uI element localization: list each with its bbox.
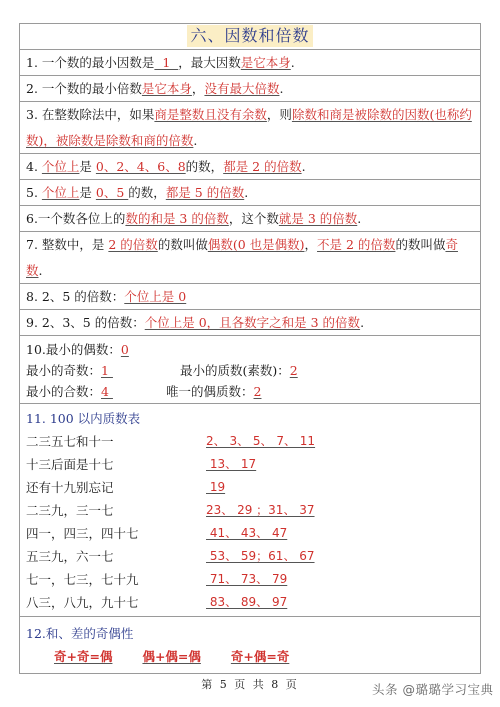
answer: 都是 5 的倍数	[166, 185, 244, 200]
answer: 是它本身	[241, 55, 291, 70]
answer: 都是 2 的倍数	[223, 159, 301, 174]
item-text: 4.	[26, 159, 42, 174]
item-text: .	[244, 185, 248, 200]
item-text: 8. 2、5 的倍数：	[26, 289, 124, 304]
equation: 奇+奇=偶	[54, 649, 112, 664]
mnemonic: 四一，四三，四十七	[26, 522, 139, 545]
prime-values: 2、 3、 5、 7、 11	[206, 430, 315, 453]
item-text: ，	[305, 237, 318, 252]
answer: 是它本身	[142, 81, 192, 96]
item-5: 5. 个位上是 0、5 的数，都是 5 的倍数.	[20, 180, 480, 206]
answer: 没有最大倍数	[204, 81, 279, 96]
mnemonic: 二三九，三一七	[26, 499, 114, 522]
item-10-line-2: 最小的奇数：1 最小的质数(素数)：2	[26, 360, 474, 381]
answer: 4	[101, 384, 113, 399]
title-row: 六、因数和倍数	[20, 24, 480, 50]
answer: 0	[121, 342, 129, 357]
item-text: 9. 2、3、5 的倍数：	[26, 315, 145, 330]
mnemonic: 八三，八九，九十七	[26, 591, 139, 614]
prime-values: 53、 59；61、 67	[206, 545, 315, 568]
mnemonic: 二三五七和十一	[26, 430, 114, 453]
item-text: ，则	[267, 107, 292, 122]
item-10: 10.最小的偶数：0 最小的奇数：1 最小的质数(素数)：2 最小的合数：4 唯…	[20, 336, 480, 404]
answer: 个位上是 0	[124, 289, 186, 304]
page-title: 六、因数和倍数	[187, 25, 312, 47]
item-10-line-1: 10.最小的偶数：0	[26, 339, 474, 360]
mnemonic: 五三九，六一七	[26, 545, 114, 568]
answer: 个位上是 0，且各数字之和是 3 的倍数	[145, 315, 360, 330]
item-1: 1. 一个数的最小因数是 1 ，最大因数是它本身.	[20, 50, 480, 76]
prime-values: 19	[206, 476, 225, 499]
prime-line: 二三五七和十一2、 3、 5、 7、 11	[26, 430, 474, 453]
mnemonic: 还有十九别忘记	[26, 476, 114, 499]
prime-line: 十三后面是十七 13、 17	[26, 453, 474, 476]
item-text: 唯一的偶质数：	[166, 384, 254, 399]
prime-line: 还有十九别忘记 19	[26, 476, 474, 499]
answer: 不是 2 的倍数	[317, 237, 395, 252]
mnemonic: 十三后面是十七	[26, 453, 114, 476]
item-11-prime-table: 11. 100 以内质数表 二三五七和十一2、 3、 5、 7、 11 十三后面…	[20, 404, 480, 617]
item-text: .	[291, 55, 295, 70]
prime-values: 83、 89、 97	[206, 591, 287, 614]
equation: 偶+偶=偶	[142, 649, 200, 664]
item-4: 4. 个位上是 0、2、4、6、8的数，都是 2 的倍数.	[20, 154, 480, 180]
item-7: 7. 整数中，是 2 的倍数的数叫做偶数(0 也是偶数)，不是 2 的倍数的数叫…	[20, 232, 480, 284]
item-text: 最小的奇数：	[26, 363, 101, 378]
item-10-line-3: 最小的合数：4 唯一的偶质数：2	[26, 381, 474, 402]
section-heading: 11. 100 以内质数表	[26, 408, 474, 430]
answer: 数的和是 3 的倍数	[125, 211, 228, 226]
item-text: 1. 一个数的最小因数是	[26, 55, 154, 70]
item-text: ，这个数	[229, 211, 279, 226]
answer: 0、2、4、6、8	[96, 159, 186, 174]
item-text: 是	[79, 159, 95, 174]
item-text: 10.最小的偶数：	[26, 342, 121, 357]
prime-values: 23、 29 ；31、 37	[206, 499, 315, 522]
section-heading: 12.和、差的奇偶性	[26, 623, 474, 645]
item-text: .	[279, 81, 283, 96]
answer: 就是 3 的倍数	[279, 211, 357, 226]
item-2: 2. 一个数的最小倍数是它本身，没有最大倍数.	[20, 76, 480, 102]
answer: 2	[290, 363, 298, 378]
item-text: ，最大因数	[178, 55, 241, 70]
answer: 个位上	[42, 185, 80, 200]
item-text: 5.	[26, 185, 42, 200]
answer: 1	[154, 55, 178, 70]
prime-line: 五三九，六一七 53、 59；61、 67	[26, 545, 474, 568]
item-text: 的数，	[128, 185, 166, 200]
item-text: 3. 在整数除法中，如果	[26, 107, 154, 122]
parity-equations: 奇+奇=偶 偶+偶=偶 奇+偶=奇	[26, 645, 474, 669]
item-text: .	[360, 315, 364, 330]
item-text: .	[39, 263, 43, 278]
answer: 1	[101, 363, 113, 378]
prime-line: 八三，八九，九十七 83、 89、 97	[26, 591, 474, 614]
item-text: 最小的合数：	[26, 384, 101, 399]
prime-values: 71、 73、 79	[206, 568, 287, 591]
prime-line: 七一，七三，七十九 71、 73、 79	[26, 568, 474, 591]
item-text: .	[302, 159, 306, 174]
answer: 2	[254, 384, 262, 399]
item-text: 2. 一个数的最小倍数	[26, 81, 142, 96]
item-9: 9. 2、3、5 的倍数：个位上是 0，且各数字之和是 3 的倍数.	[20, 310, 480, 336]
item-text: .	[357, 211, 361, 226]
answer: 偶数(0 也是偶数)	[208, 237, 305, 252]
item-text: 的数，	[186, 159, 224, 174]
prime-values: 13、 17	[206, 453, 256, 476]
answer: 个位上	[42, 159, 80, 174]
prime-line: 二三九，三一七23、 29 ；31、 37	[26, 499, 474, 522]
item-12-parity: 12.和、差的奇偶性 奇+奇=偶 偶+偶=偶 奇+偶=奇	[20, 617, 480, 673]
item-text: .	[193, 133, 197, 148]
prime-values: 41、 43、 47	[206, 522, 287, 545]
watermark: 头条 @璐璐学习宝典	[372, 680, 493, 698]
document-page: 六、因数和倍数 1. 一个数的最小因数是 1 ，最大因数是它本身. 2. 一个数…	[19, 23, 481, 674]
item-text: 7. 整数中，是	[26, 237, 108, 252]
item-text: 最小的质数(素数)：	[180, 363, 290, 378]
answer: 0、5	[96, 185, 128, 200]
item-text: 的数叫做	[395, 237, 445, 252]
answer: 商是整数且没有余数	[154, 107, 267, 122]
mnemonic: 七一，七三，七十九	[26, 568, 139, 591]
item-text: 的数叫做	[158, 237, 208, 252]
item-text: ，	[192, 81, 205, 96]
answer: 2 的倍数	[108, 237, 157, 252]
prime-line: 四一，四三，四十七 41、 43、 47	[26, 522, 474, 545]
equation: 奇+偶=奇	[231, 649, 289, 664]
item-6: 6.一个数各位上的数的和是 3 的倍数，这个数就是 3 的倍数.	[20, 206, 480, 232]
item-3: 3. 在整数除法中，如果商是整数且没有余数，则除数和商是被除数的因数(也称约数)…	[20, 102, 480, 154]
item-text: 是	[79, 185, 95, 200]
item-text: 6.一个数各位上的	[26, 211, 125, 226]
item-8: 8. 2、5 的倍数：个位上是 0	[20, 284, 480, 310]
